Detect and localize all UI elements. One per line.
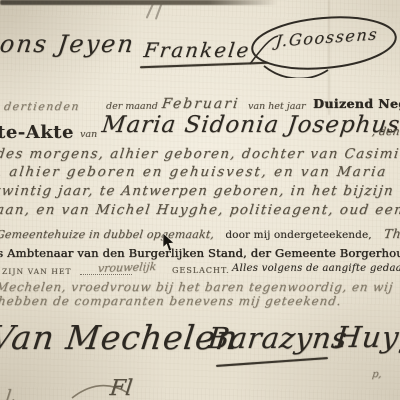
akte-tail-script: , den xyxy=(371,125,400,138)
print-van-het-jaar: van het jaar xyxy=(248,101,306,112)
birth-name-script: Maria Sidonia Josephus xyxy=(100,112,400,138)
month-script: Februari xyxy=(161,96,240,112)
register-script-b: Theodoor xyxy=(383,226,400,241)
signature-barazyns: Barazyns xyxy=(206,321,349,355)
akte-label-bold: te-Akte xyxy=(0,122,74,143)
body-line: , alhier geboren en gehuisvest, en van M… xyxy=(0,164,388,180)
akte-label-van: van xyxy=(80,129,97,140)
print-der-maand: der maand xyxy=(106,101,158,112)
signature-van-mechelen: Van Mechelen xyxy=(0,318,241,357)
register-script-a: Gemeentehuize in dubbel opgemaakt, xyxy=(0,228,215,241)
signature-huyghe: Huygh xyxy=(334,320,400,354)
register-line: Gemeentehuize in dubbel opgemaakt, door … xyxy=(0,223,400,242)
body-line: aan, en van Michel Huyghe, politieagent,… xyxy=(0,202,400,218)
signature-frankele: Frankele xyxy=(143,38,252,62)
sex-print-c: Alles volgens de aangifte gedaan xyxy=(232,263,400,274)
signature-goossens-oval: J.Goossens xyxy=(248,12,400,78)
mouse-cursor xyxy=(162,232,176,253)
witness-line: Mechelen, vroedvrouw bij het baren tegen… xyxy=(0,280,394,294)
sex-print-a: ZIJN VAN HET xyxy=(2,267,72,276)
official-line: s Ambtenaar van den Burgerlijken Stand, … xyxy=(0,246,400,260)
bottom-fragment: Fl xyxy=(108,376,133,400)
day-script: dertienden xyxy=(3,100,81,113)
signature-flourish xyxy=(216,357,328,367)
witness-line: hebben de comparanten benevens mij getee… xyxy=(0,294,342,308)
sex-script: vrouwelijk xyxy=(97,260,157,275)
arrow-cursor-icon xyxy=(162,232,176,253)
bottom-fragment: p, xyxy=(371,369,382,380)
print-duizend-negen: Duizend Negen xyxy=(313,96,400,111)
bottom-signature-row: Van Mechelen Barazyns Huygh xyxy=(0,312,400,374)
signature-jeyen: ons Jeyen xyxy=(0,30,137,58)
register-print: door mij ondergeteekende, xyxy=(225,229,371,241)
bottom-fragment: l. xyxy=(5,386,18,400)
sex-print-b: GESLACHT. xyxy=(172,266,230,275)
body-line: twintig jaar, te Antwerpen geboren, in h… xyxy=(0,183,395,199)
cut-off-text-fragment xyxy=(0,0,278,5)
sex-line: ZIJN VAN HET vrouwelijk GESLACHT. Alles … xyxy=(0,262,400,280)
document-scan: ons Jeyen Frankele J.Goossens dertienden… xyxy=(0,0,400,400)
body-line: des morgens, alhier geboren, dochter van… xyxy=(0,146,400,162)
